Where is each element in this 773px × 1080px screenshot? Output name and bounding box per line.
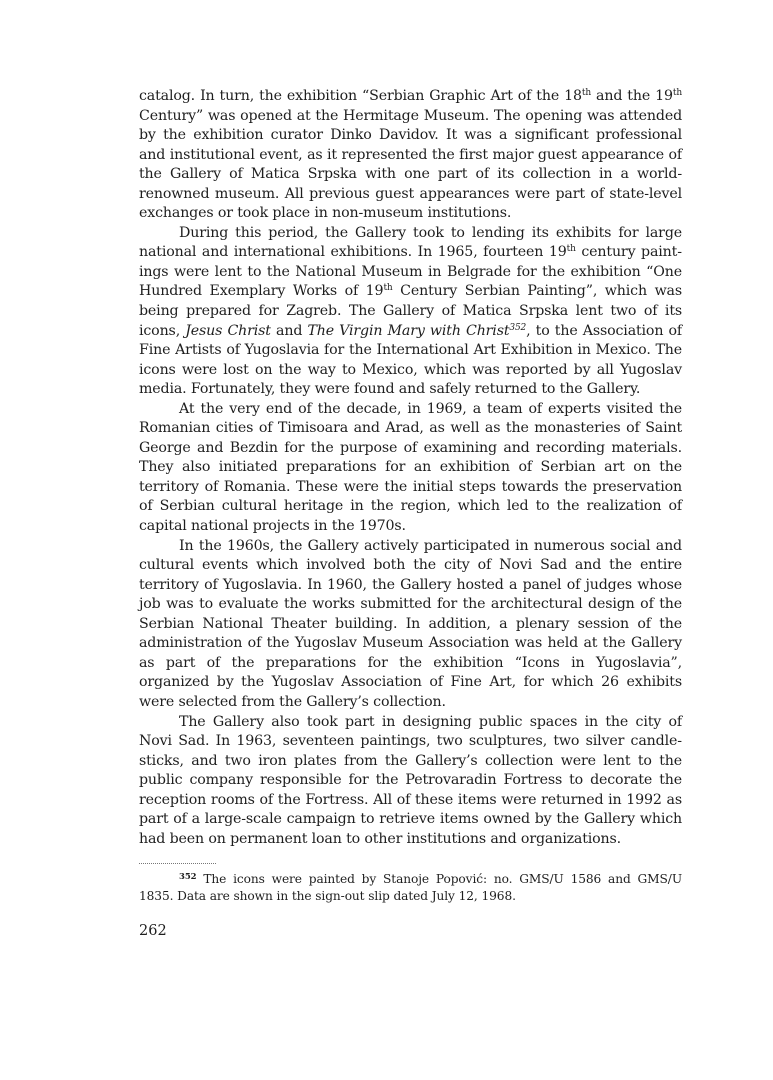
body-text: catalog. In turn, the exhibition “Serbia…	[139, 87, 682, 849]
paragraph: In the 1960s, the Gallery actively parti…	[139, 537, 682, 713]
footnote-text: The icons were painted by Stanoje Popovi…	[139, 872, 682, 903]
footnote: 352 The icons were painted by Stanoje Po…	[139, 871, 682, 905]
paragraph: The Gallery also took part in designing …	[139, 713, 682, 850]
footnote-separator	[139, 863, 216, 864]
document-page: catalog. In turn, the exhibition “Serbia…	[139, 87, 682, 939]
paragraph: During this period, the Gallery took to …	[139, 224, 682, 400]
page-number: 262	[139, 923, 682, 939]
footnote-reference: 352	[509, 323, 526, 333]
ordinal-superscript: th	[383, 283, 392, 293]
text-run: Century” was opened at the Hermitage Mus…	[139, 108, 682, 222]
ordinal-superscript: th	[567, 244, 576, 254]
text-run: and the 19	[591, 88, 673, 104]
text-run: At the very end of the decade, in 1969, …	[139, 401, 682, 534]
ordinal-superscript: th	[673, 88, 682, 98]
paragraph: catalog. In turn, the exhibition “Serbia…	[139, 87, 682, 224]
footnote-marker: 352	[179, 872, 196, 882]
text-run: The Gallery also took part in designing …	[139, 714, 682, 847]
text-run: In the 1960s, the Gallery actively parti…	[139, 538, 682, 710]
ordinal-superscript: th	[582, 88, 591, 98]
paragraph: At the very end of the decade, in 1969, …	[139, 400, 682, 537]
artwork-title: The Virgin Mary with Christ	[307, 323, 509, 339]
artwork-title: Jesus Christ	[185, 323, 271, 339]
text-run: catalog. In turn, the exhibition “Serbia…	[139, 88, 582, 104]
text-run: and	[271, 323, 308, 339]
